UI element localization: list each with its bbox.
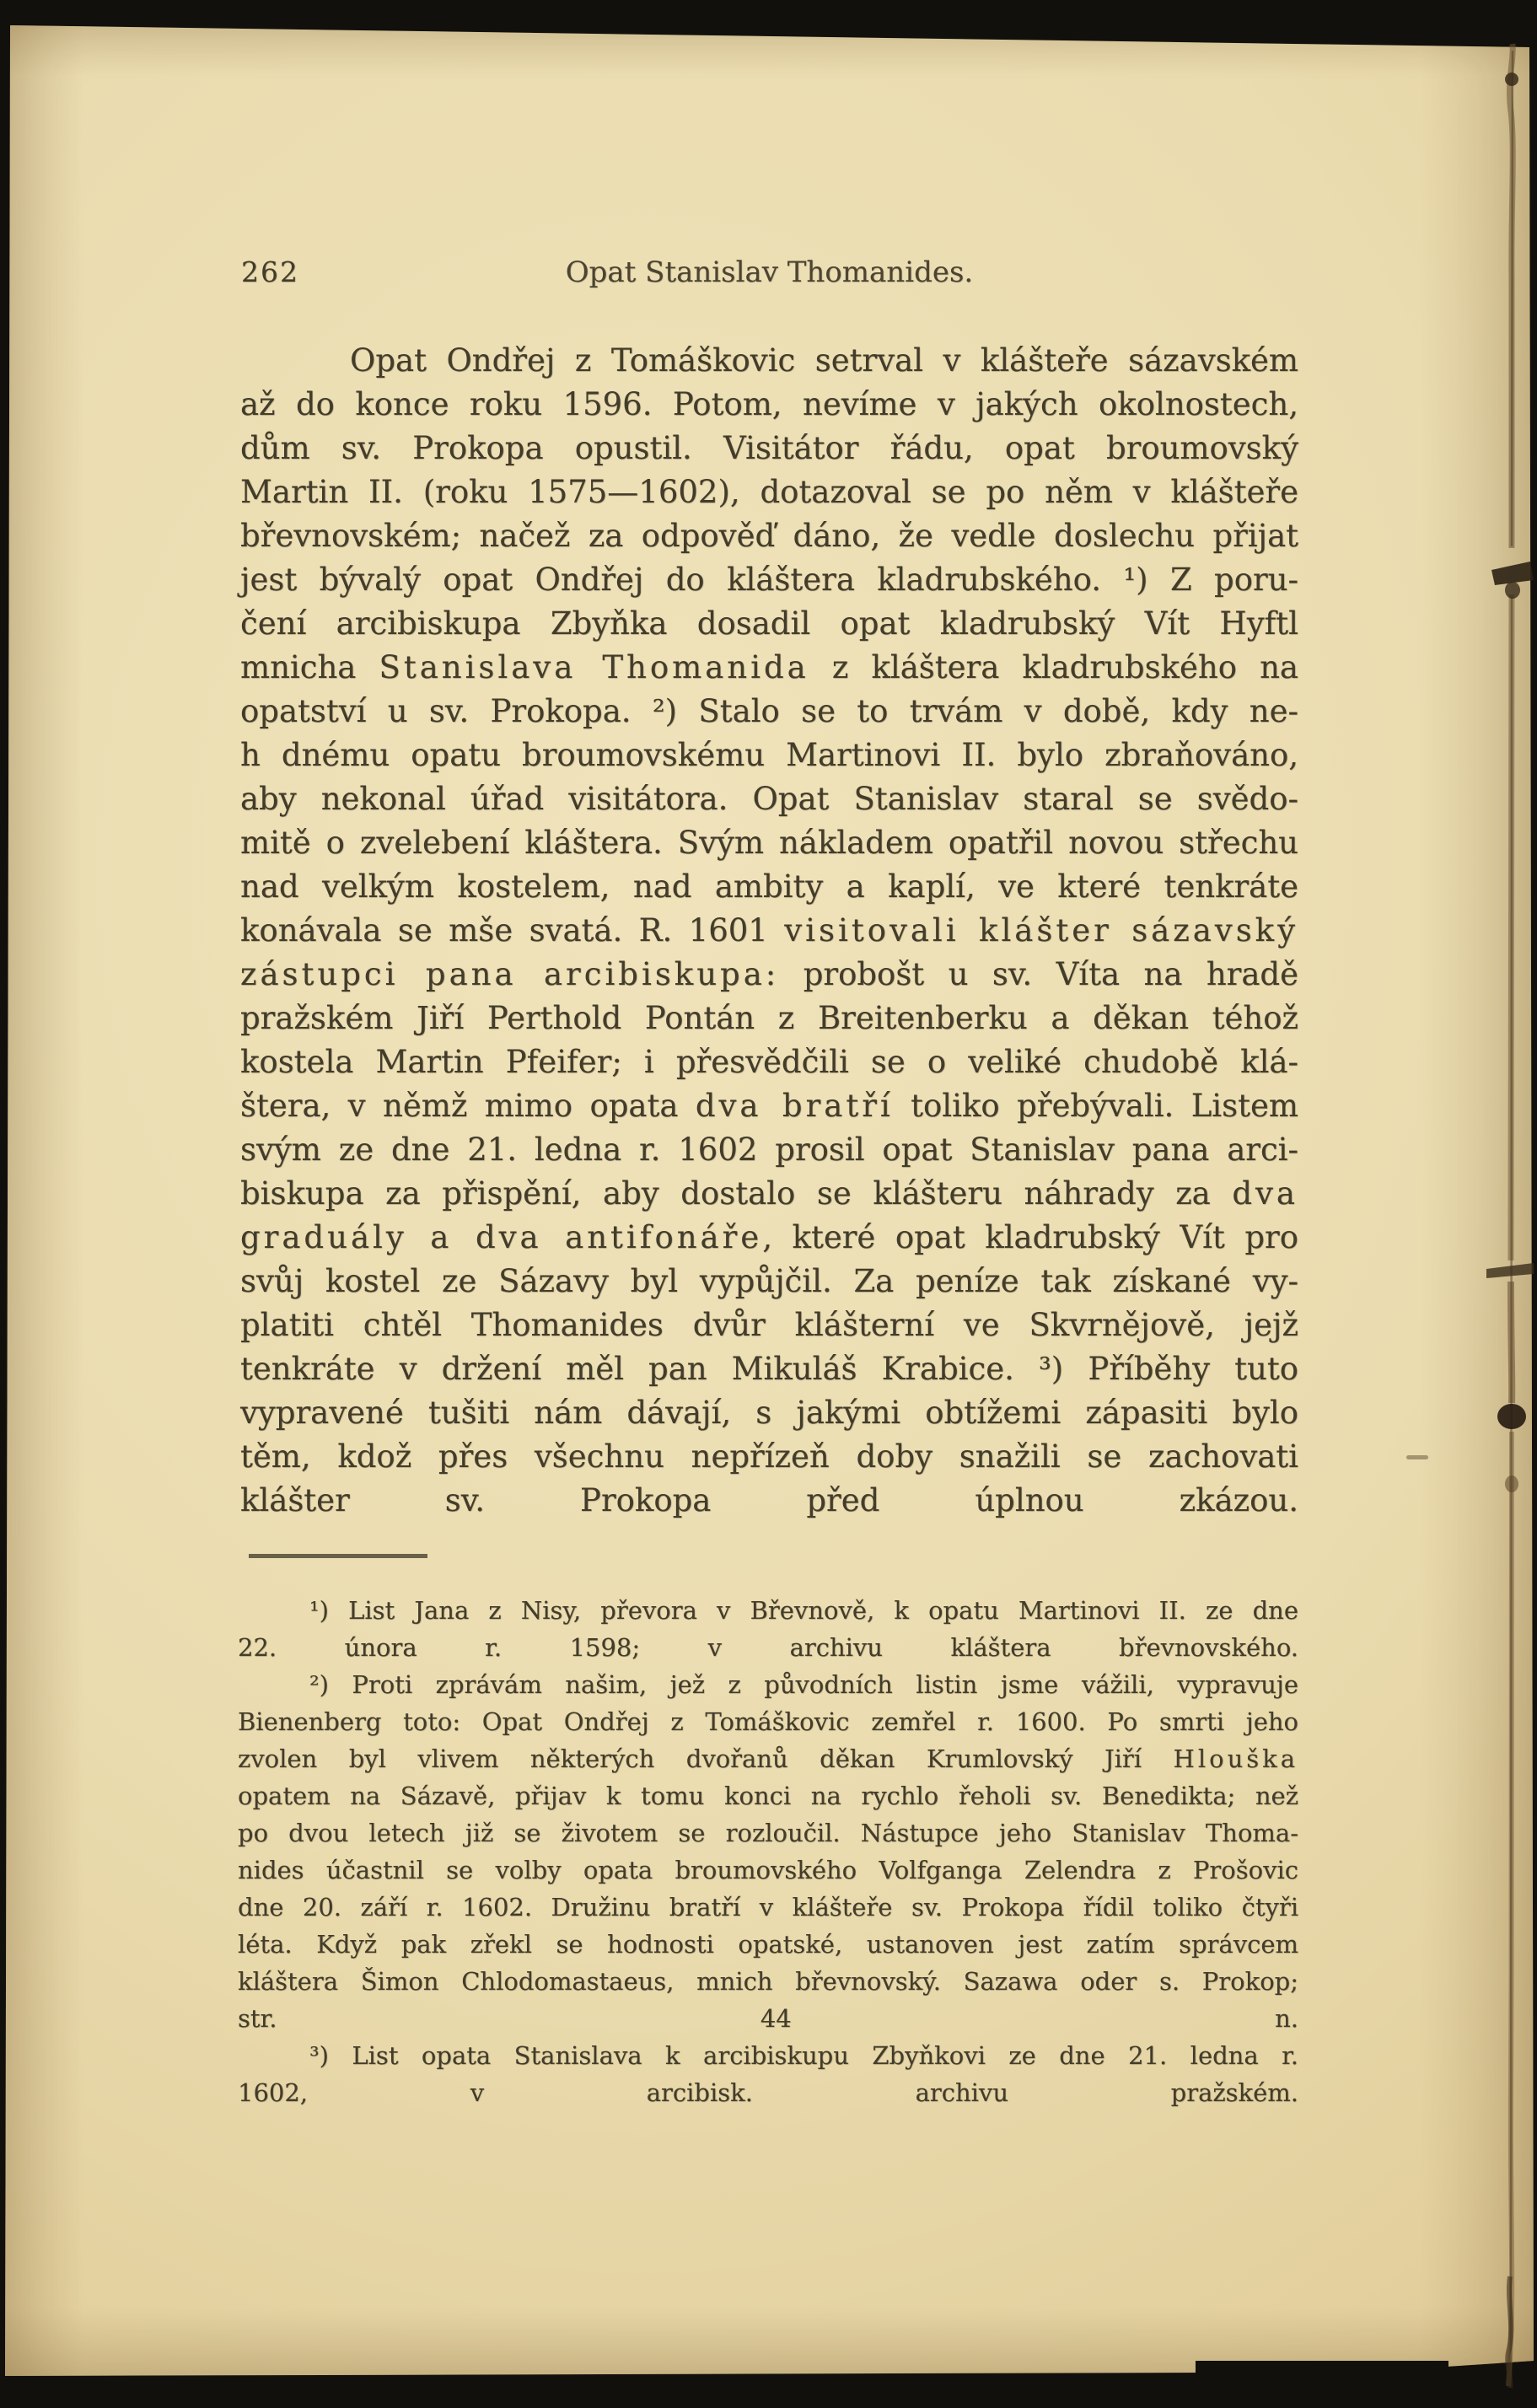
text-line: svůj kostel ze Sázavy byl vypůjčil. Za p…: [240, 1260, 1298, 1303]
text-line: po dvou letech již se životem se rozlouč…: [238, 1814, 1298, 1852]
text-line: zvolen byl vlivem některých dvořanů děka…: [238, 1740, 1298, 1777]
scan-edge-notch: [1196, 2361, 1448, 2408]
text-line: h dnému opatu broumovskému Martinovi II.…: [240, 734, 1298, 777]
text-line: nad velkým kostelem, nad ambity a kaplí,…: [240, 865, 1298, 909]
text-line: kostela Martin Pfeifer; i přesvědčili se…: [240, 1040, 1298, 1084]
text-line: zástupci pana arcibiskupa: probošt u sv.…: [240, 953, 1298, 997]
text-line: pražském Jiří Perthold Pontán z Breitenb…: [240, 997, 1298, 1040]
text-line: opatství u sv. Prokopa. ²) Stalo se to t…: [240, 690, 1298, 734]
text-line: aby nekonal úřad visitátora. Opat Stanis…: [240, 777, 1298, 821]
running-title: Opat Stanislav Thomanides.: [240, 255, 1298, 289]
text-line: nides účastnil se volby opata broumovské…: [238, 1852, 1298, 1889]
text-line: graduály a dva antifonáře, které opat kl…: [240, 1216, 1298, 1260]
text-line: ¹) List Jana z Nisy, převora v Břevnově,…: [238, 1592, 1298, 1629]
text-line: ²) Proti zprávám našim, jež z původních …: [238, 1666, 1298, 1703]
text-line: konávala se mše svatá. R. 1601 visitoval…: [240, 909, 1298, 953]
text-line: str. 44 n.: [238, 2000, 1298, 2037]
text-line: 22. února r. 1598; v archivu kláštera bř…: [238, 1629, 1298, 1666]
text-line: až do konce roku 1596. Potom, nevíme v j…: [240, 383, 1298, 427]
text-line: 1602, v arcibisk. archivu pražském.: [238, 2074, 1298, 2111]
text-line: mitě o zvelebení kláštera. Svým nákladem…: [240, 821, 1298, 865]
text-line: biskupa za přispění, aby dostalo se kláš…: [240, 1172, 1298, 1216]
text-line: svým ze dne 21. ledna r. 1602 prosil opa…: [240, 1128, 1298, 1172]
text-line: platiti chtěl Thomanides dvůr klášterní …: [240, 1303, 1298, 1347]
text-line: dne 20. září r. 1602. Družinu bratří v k…: [238, 1889, 1298, 1926]
text-line: štera, v němž mimo opata dva bratří toli…: [240, 1084, 1298, 1128]
text-line: dům sv. Prokopa opustil. Visitátor řádu,…: [240, 427, 1298, 470]
text-line: kláštera Šimon Chlodomastaeus, mnich bře…: [238, 1963, 1298, 2000]
footnote-rule: [249, 1554, 427, 1558]
text-line: tenkráte v držení měl pan Mikuláš Krabic…: [240, 1347, 1298, 1391]
text-line: klášter sv. Prokopa před úplnou zkázou.: [240, 1479, 1298, 1523]
text-line: břevnovském; načež za odpověď dáno, že v…: [240, 514, 1298, 558]
text-line: opatem na Sázavě, přijav k tomu konci na…: [238, 1777, 1298, 1814]
scanned-book-page: 262 Opat Stanislav Thomanides. Opat Ondř…: [0, 0, 1537, 2408]
text-line: jest bývalý opat Ondřej do kláštera klad…: [240, 558, 1298, 602]
text-line: léta. Když pak zřekl se hodnosti opatské…: [238, 1926, 1298, 1963]
text-line: čení arcibiskupa Zbyňka dosadil opat kla…: [240, 602, 1298, 646]
text-line: Opat Ondřej z Tomáškovic setrval v klášt…: [240, 339, 1298, 383]
text-line: Martin II. (roku 1575—1602), dotazoval s…: [240, 470, 1298, 514]
text-line: ³) List opata Stanislava k arcibiskupu Z…: [238, 2037, 1298, 2074]
text-line: těm, kdož přes všechnu nepřízeň doby sna…: [240, 1435, 1298, 1479]
text-line: mnicha Stanislava Thomanida z kláštera k…: [240, 646, 1298, 690]
footnotes: ¹) List Jana z Nisy, převora v Břevnově,…: [238, 1592, 1298, 2111]
body-text: Opat Ondřej z Tomáškovic setrval v klášt…: [240, 339, 1298, 1523]
text-line: Bienenberg toto: Opat Ondřej z Tomáškovi…: [238, 1703, 1298, 1740]
ink-smudge: [1406, 1455, 1428, 1459]
text-line: vypravené tušiti nám dávají, s jakými ob…: [240, 1391, 1298, 1435]
